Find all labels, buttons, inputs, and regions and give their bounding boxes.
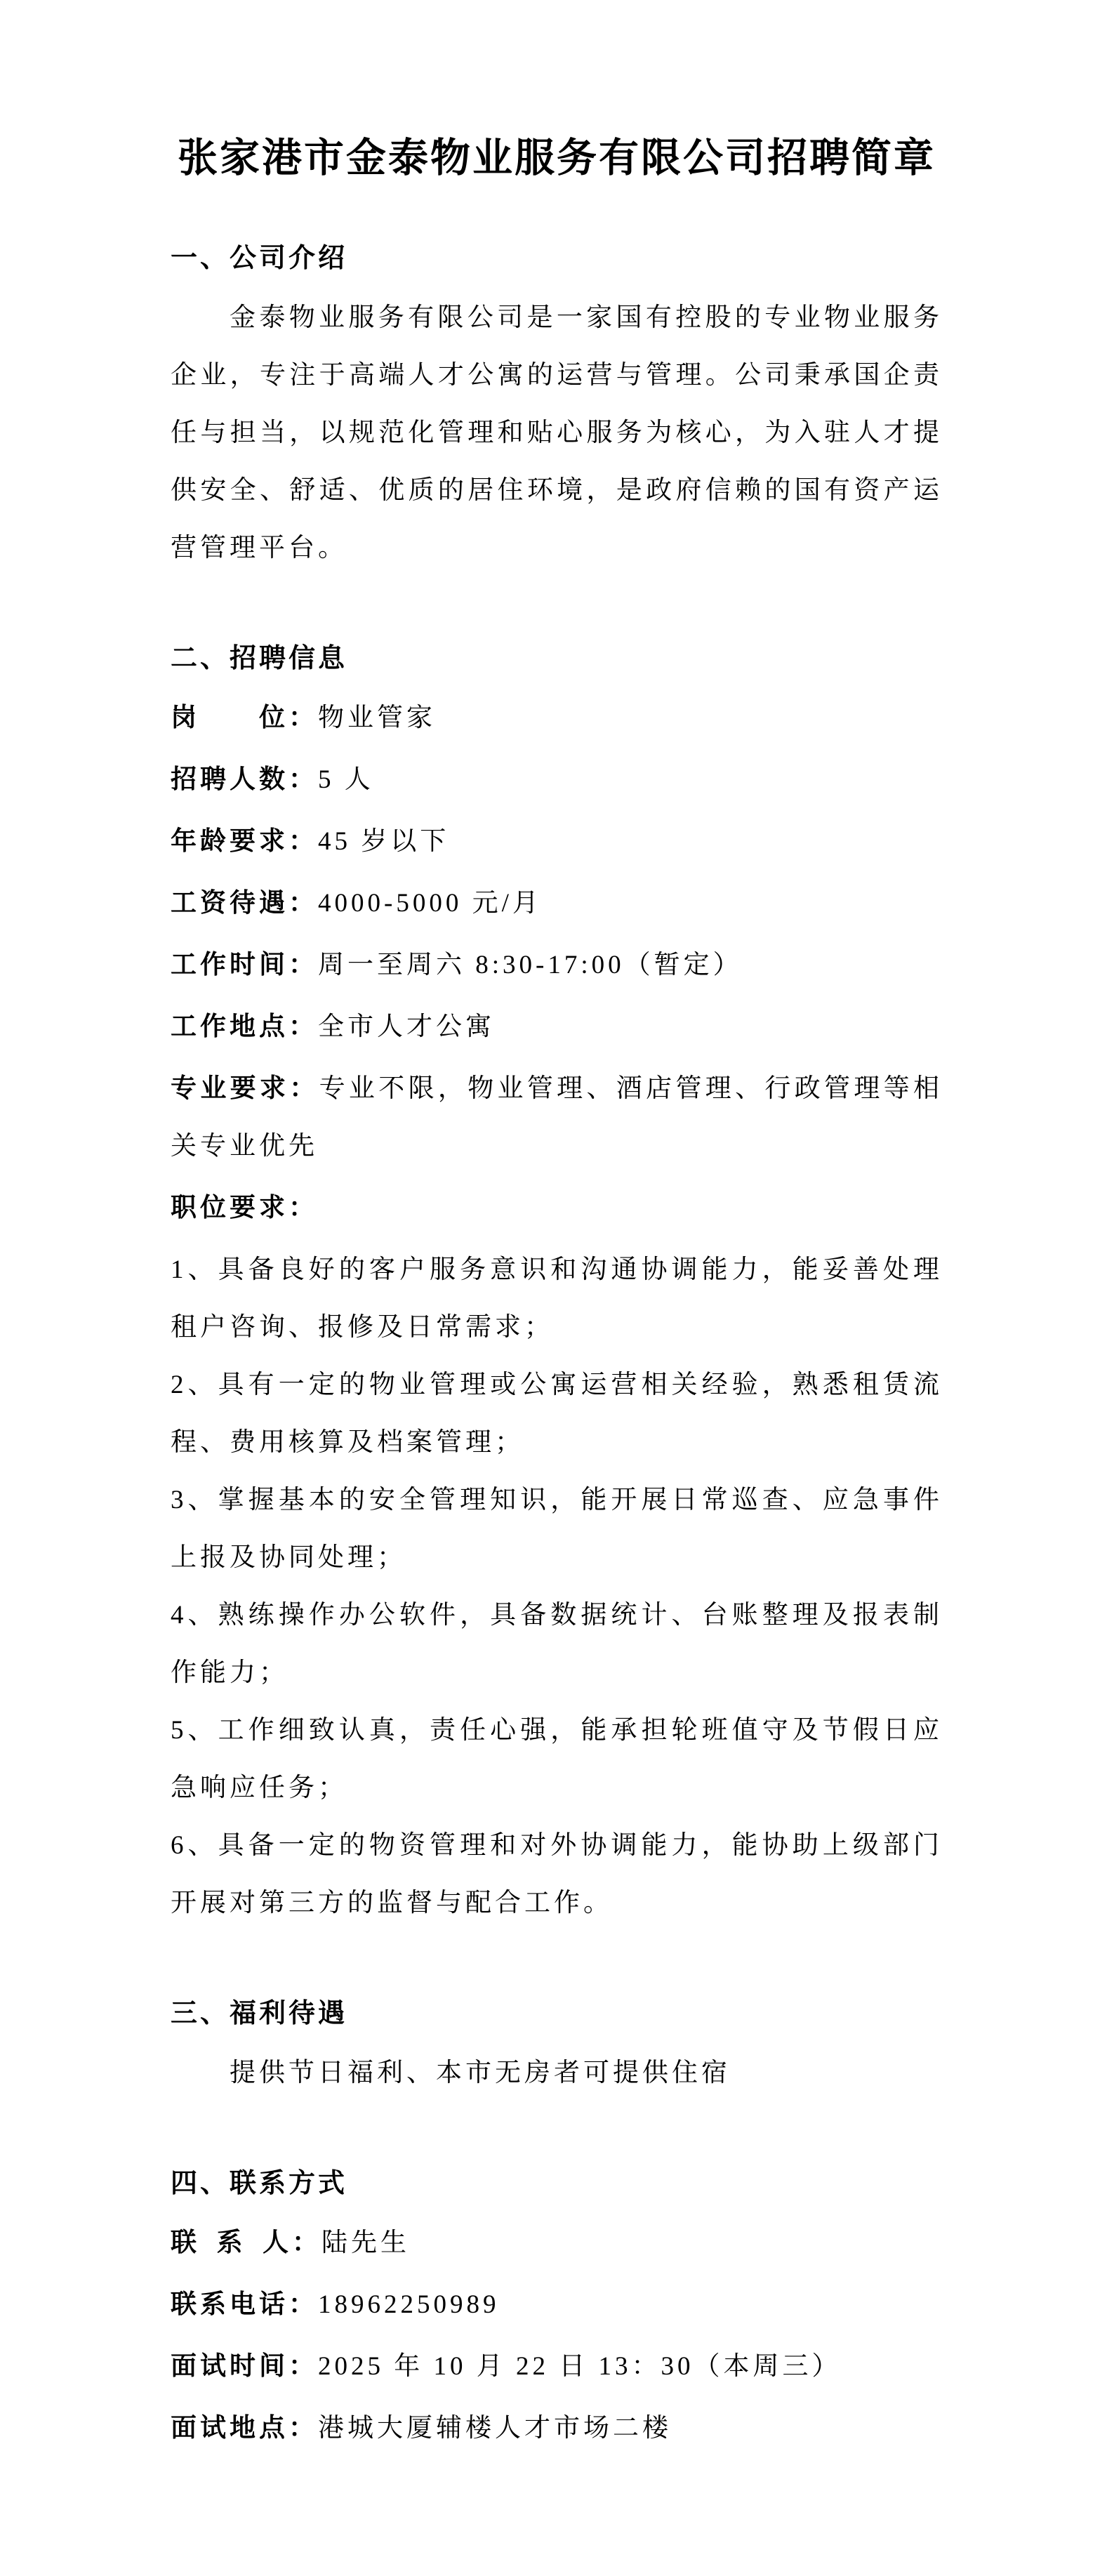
interview-location-row: 面试地点：港城大厦辅楼人才市场二楼: [171, 2400, 943, 2457]
field-salary-label: 工资待遇：: [171, 889, 318, 918]
contact-person-label: 联 系 人：: [171, 2228, 321, 2257]
section-company-intro: 一、公司介绍 金泰物业服务有限公司是一家国有控股的专业物业服务企业，专注于高端人…: [171, 242, 943, 577]
field-work-hours-label: 工作时间：: [171, 951, 318, 979]
field-position: 岗 位：物业管家: [171, 689, 943, 747]
field-work-location-value: 全市人才公寓: [318, 1012, 495, 1041]
interview-time-value: 2025 年 10 月 22 日 13：30（本周三）: [318, 2352, 842, 2381]
contact-phone-label: 联系电话：: [171, 2290, 318, 2319]
field-age-label: 年龄要求：: [171, 827, 318, 856]
contact-phone-value: 18962250989: [318, 2290, 500, 2319]
requirement-item-1: 1、具备良好的客户服务意识和沟通协调能力，能妥善处理租户咨询、报修及日常需求；: [171, 1241, 943, 1356]
field-age: 年龄要求：45 岁以下: [171, 813, 943, 871]
requirements-label: 职位要求：: [171, 1194, 318, 1222]
field-major: 专业要求：专业不限，物业管理、酒店管理、行政管理等相关专业优先: [171, 1060, 943, 1175]
field-work-location: 工作地点：全市人才公寓: [171, 998, 943, 1056]
requirement-item-6: 6、具备一定的物资管理和对外协调能力，能协助上级部门开展对第三方的监督与配合工作…: [171, 1817, 943, 1932]
field-position-label: 岗 位：: [171, 704, 318, 732]
requirement-item-4: 4、熟练操作办公软件，具备数据统计、台账整理及报表制作能力；: [171, 1587, 943, 1702]
document-title: 张家港市金泰物业服务有限公司招聘简章: [171, 135, 943, 181]
field-position-value: 物业管家: [318, 704, 436, 732]
requirement-item-3: 3、掌握基本的安全管理知识，能开展日常巡查、应急事件上报及协同处理；: [171, 1472, 943, 1587]
company-intro-paragraph: 金泰物业服务有限公司是一家国有控股的专业物业服务企业，专注于高端人才公寓的运营与…: [171, 289, 943, 577]
section-contact: 四、联系方式 联 系 人：陆先生 联系电话：18962250989 面试时间：2…: [171, 2167, 943, 2457]
section3-heading: 三、福利待遇: [171, 1997, 943, 2030]
benefits-paragraph: 提供节日福利、本市无房者可提供住宿: [171, 2045, 943, 2102]
field-age-value: 45 岁以下: [318, 827, 449, 856]
section-benefits: 三、福利待遇 提供节日福利、本市无房者可提供住宿: [171, 1997, 943, 2102]
interview-location-label: 面试地点：: [171, 2414, 318, 2443]
field-salary: 工资待遇：4000-5000 元/月: [171, 875, 943, 932]
requirement-item-2: 2、具有一定的物业管理或公寓运营相关经验，熟悉租赁流程、费用核算及档案管理；: [171, 1356, 943, 1472]
section4-heading: 四、联系方式: [171, 2167, 943, 2200]
interview-time-label: 面试时间：: [171, 2352, 318, 2381]
contact-person-row: 联 系 人：陆先生: [171, 2214, 943, 2272]
document: 张家港市金泰物业服务有限公司招聘简章 一、公司介绍 金泰物业服务有限公司是一家国…: [0, 0, 1114, 2576]
field-major-label: 专业要求：: [171, 1074, 319, 1103]
requirements-label-row: 职位要求：: [171, 1180, 943, 1237]
contact-phone-row: 联系电话：18962250989: [171, 2276, 943, 2334]
requirement-item-5: 5、工作细致认真，责任心强，能承担轮班值守及节假日应急响应任务；: [171, 1702, 943, 1817]
field-headcount: 招聘人数：5 人: [171, 751, 943, 809]
section1-heading: 一、公司介绍: [171, 242, 943, 275]
interview-time-row: 面试时间：2025 年 10 月 22 日 13：30（本周三）: [171, 2338, 943, 2396]
section2-heading: 二、招聘信息: [171, 642, 943, 675]
field-work-location-label: 工作地点：: [171, 1012, 318, 1041]
contact-person-value: 陆先生: [321, 2228, 410, 2257]
field-work-hours-value: 周一至周六 8:30-17:00（暂定）: [318, 951, 743, 979]
field-headcount-label: 招聘人数：: [171, 765, 318, 794]
interview-location-value: 港城大厦辅楼人才市场二楼: [318, 2414, 672, 2443]
field-work-hours: 工作时间：周一至周六 8:30-17:00（暂定）: [171, 937, 943, 994]
field-salary-value: 4000-5000 元/月: [318, 889, 542, 918]
field-headcount-value: 5 人: [318, 765, 374, 794]
section-recruit-info: 二、招聘信息 岗 位：物业管家 招聘人数：5 人 年龄要求：45 岁以下 工资待…: [171, 642, 943, 1932]
page: { "page": { "background": "#ffffff", "te…: [0, 0, 1114, 2576]
